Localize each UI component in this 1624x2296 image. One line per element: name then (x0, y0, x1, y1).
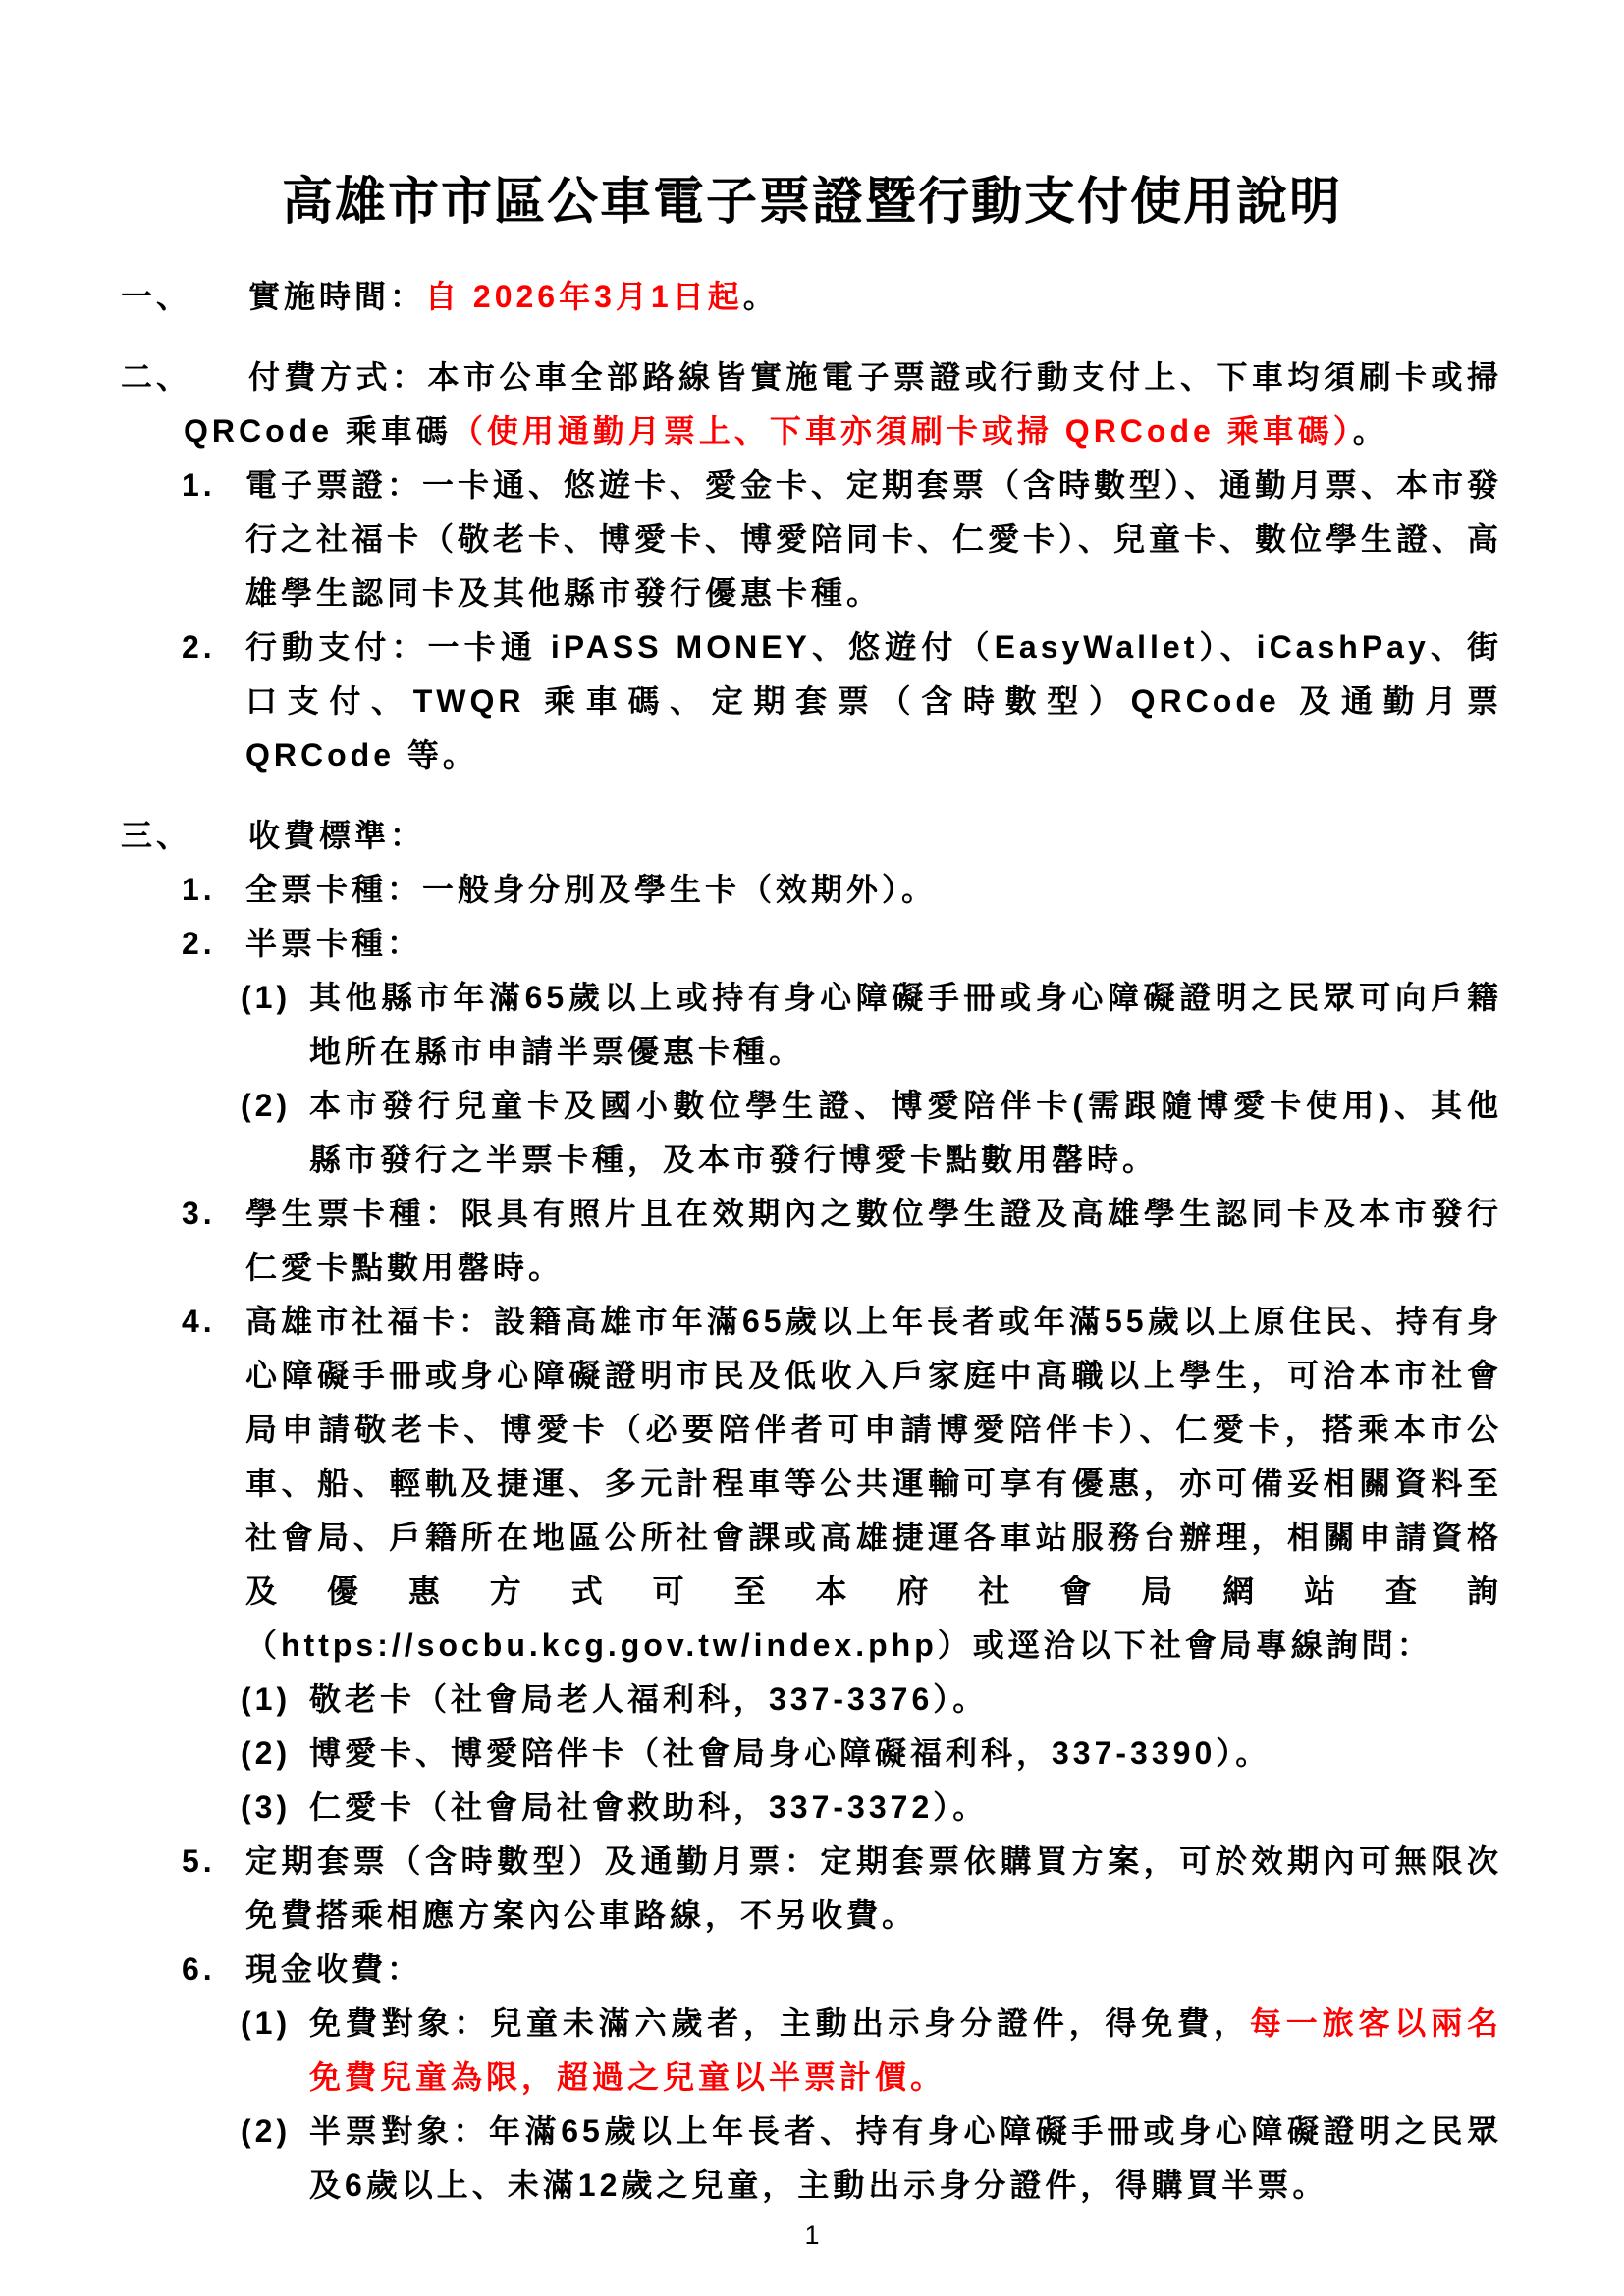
sub-item-number: (1) (241, 971, 291, 1025)
sub-item-number: (3) (241, 1781, 291, 1835)
sub-item-free-fare: (1)免費對象：兒童未滿六歲者，主動出示身分證件，得免費，每一旅客以兩名免費兒童… (309, 1997, 1502, 2105)
doc-title: 高雄市市區公車電子票證暨行動支付使用說明 (59, 172, 1565, 233)
item-text: 電子票證：一卡通、悠遊卡、愛金卡、定期套票（含時數型）、通勤月票、本市發行之社福… (245, 467, 1502, 611)
item-number: 1. (182, 458, 216, 512)
list-item-electronic-tickets: 1.電子票證：一卡通、悠遊卡、愛金卡、定期套票（含時數型）、通勤月票、本市發行之… (245, 458, 1502, 620)
document-page: 高雄市市區公車電子票證暨行動支付使用說明 一、實施時間：自 2026年3月1日起… (0, 0, 1624, 2296)
sub-item-text: 其他縣市年滿65歲以上或持有身心障礙手冊或身心障礙證明之民眾可向戶籍地所在縣市申… (309, 980, 1502, 1069)
item-text: 高雄市社福卡：設籍高雄市年滿65歲以上年長者或年滿55歲以上原住民、持有身心障礙… (245, 1304, 1502, 1663)
item-number: 6. (182, 1943, 216, 1997)
sub-item-city-half-fare-cards: (2)本市發行兒童卡及國小數位學生證、博愛陪伴卡(需跟隨博愛卡使用)、其他縣市發… (309, 1079, 1502, 1187)
sub-item-renai-card-phone: (3)仁愛卡（社會局社會救助科，337-3372）。 (309, 1781, 1502, 1835)
item-number: 4. (182, 1295, 216, 1349)
section-3-label: 收費標準： (248, 818, 425, 853)
section-1-highlight: 自 2026年3月1日起 (425, 279, 743, 314)
sub-item-number: (1) (241, 1673, 291, 1727)
item-text: 半票卡種： (245, 926, 422, 961)
item-number: 1. (182, 863, 216, 917)
section-2-period: 。 (1353, 413, 1388, 449)
section-2-highlight: （使用通勤月票上、下車亦須刷卡或掃 QRCode 乘車碼） (452, 413, 1353, 449)
sub-item-text: 敬老卡（社會局老人福利科，337-3376）。 (309, 1682, 988, 1717)
sub-item-number: (2) (241, 1079, 291, 1133)
sub-item-other-county-half-fare: (1)其他縣市年滿65歲以上或持有身心障礙手冊或身心障礙證明之民眾可向戶籍地所在… (309, 971, 1502, 1079)
section-3-marker: 三、 (121, 809, 191, 863)
section-1-label: 實施時間： (248, 279, 425, 314)
list-item-student-fare: 3.學生票卡種：限具有照片且在效期內之數位學生證及高雄學生認同卡及本市發行仁愛卡… (245, 1187, 1502, 1295)
item-text: 定期套票（含時數型）及通勤月票：定期套票依購買方案，可於效期內可無限次免費搭乘相… (245, 1843, 1502, 1933)
list-item-cash-fare: 6.現金收費： (245, 1943, 1502, 1997)
section-fare-standard: 三、收費標準： (184, 809, 1502, 863)
list-item-periodic-pass: 5.定期套票（含時數型）及通勤月票：定期套票依購買方案，可於效期內可無限次免費搭… (245, 1835, 1502, 1943)
item-number: 5. (182, 1835, 216, 1889)
item-number: 2. (182, 620, 216, 674)
sub-item-number: (1) (241, 1997, 291, 2051)
sub-item-text: 博愛卡、博愛陪伴卡（社會局身心障礙福利科，337-3390）。 (309, 1735, 1271, 1771)
section-1-marker: 一、 (121, 270, 191, 324)
section-1-period: 。 (743, 279, 779, 314)
sub-item-number: (2) (241, 1727, 291, 1781)
item-text: 全票卡種：一般身分別及學生卡（效期外）。 (245, 872, 937, 907)
sub-item-text: 半票對象：年滿65歲以上年長者、持有身心障礙手冊或身心障礙證明之民眾及6歲以上、… (309, 2113, 1502, 2203)
section-2-marker: 二、 (121, 350, 191, 404)
page-number: 1 (0, 2220, 1624, 2251)
item-number: 2. (182, 917, 216, 971)
item-text: 學生票卡種：限具有照片且在效期內之數位學生證及高雄學生認同卡及本市發行仁愛卡點數… (245, 1196, 1502, 1285)
list-item-social-welfare-card: 4.高雄市社福卡：設籍高雄市年滿65歲以上年長者或年滿55歲以上原住民、持有身心… (245, 1295, 1502, 1673)
sub-item-text: 仁愛卡（社會局社會救助科，337-3372）。 (309, 1789, 988, 1825)
item-text: 行動支付：一卡通 iPASS MONEY、悠遊付（EasyWallet）、iCa… (245, 629, 1502, 773)
sub-item-senior-card-phone: (1)敬老卡（社會局老人福利科，337-3376）。 (309, 1673, 1502, 1727)
sub-item-half-fare-cash: (2)半票對象：年滿65歲以上年長者、持有身心障礙手冊或身心障礙證明之民眾及6歲… (309, 2105, 1502, 2213)
sub-item-text: 本市發行兒童卡及國小數位學生證、博愛陪伴卡(需跟隨博愛卡使用)、其他縣市發行之半… (309, 1088, 1502, 1177)
item-number: 3. (182, 1187, 216, 1241)
sub-item-text-black: 免費對象：兒童未滿六歲者，主動出示身分證件，得免費， (309, 2005, 1250, 2041)
section-implementation-time: 一、實施時間：自 2026年3月1日起。 (184, 270, 1502, 324)
list-item-full-fare: 1.全票卡種：一般身分別及學生卡（效期外）。 (245, 863, 1502, 917)
item-text: 現金收費： (245, 1951, 422, 1987)
list-item-half-fare: 2.半票卡種： (245, 917, 1502, 971)
section-payment-method: 二、付費方式：本市公車全部路線皆實施電子票證或行動支付上、下車均須刷卡或掃 QR… (184, 350, 1502, 458)
sub-item-number: (2) (241, 2105, 291, 2159)
sub-item-boai-card-phone: (2)博愛卡、博愛陪伴卡（社會局身心障礙福利科，337-3390）。 (309, 1727, 1502, 1781)
list-item-mobile-payment: 2.行動支付：一卡通 iPASS MONEY、悠遊付（EasyWallet）、i… (245, 620, 1502, 782)
